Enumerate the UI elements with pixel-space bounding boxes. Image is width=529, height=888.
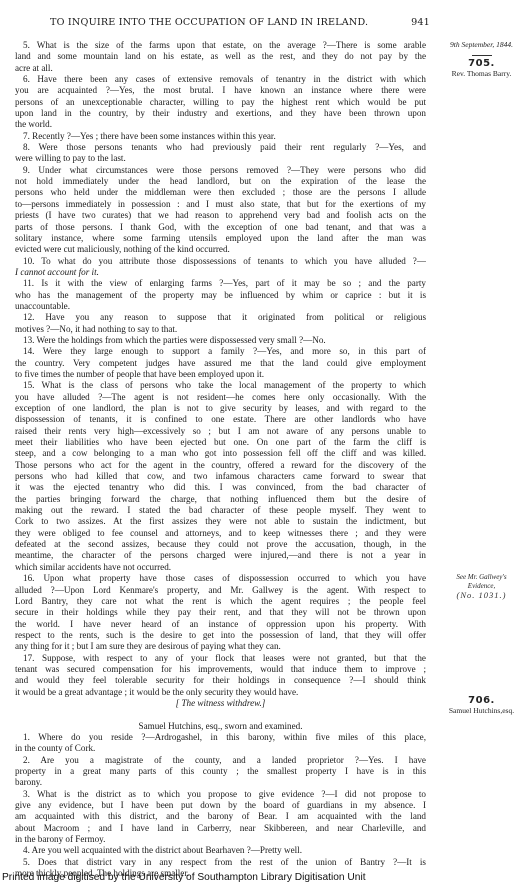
text-line: raised their rents very high—excessively…	[15, 426, 426, 437]
text-line: 13. Were the holdings from which the par…	[15, 335, 426, 346]
document-page: TO INQUIRE INTO THE OCCUPATION OF LAND I…	[0, 0, 529, 888]
running-title: TO INQUIRE INTO THE OCCUPATION OF LAND I…	[50, 17, 368, 28]
text-line: unaccountable.	[15, 301, 426, 312]
text-line: any thing for it ; but I am sure they ar…	[15, 641, 426, 652]
text-line: motives ?—No, it had nothing to say to t…	[15, 324, 426, 335]
text-line: I cannot account for it.	[15, 267, 426, 278]
text-line: 8. Were those persons tenants who had pr…	[15, 142, 426, 153]
text-line: meantime, the character of the persons c…	[15, 550, 426, 561]
text-line: 16. Upon what property have those cases …	[15, 573, 426, 584]
text-line: alluded ?—Upon Lord Kenmare's property, …	[15, 585, 426, 596]
hearing-date: 9th September, 1844.	[434, 40, 529, 49]
text-line: [ The witness withdrew.]	[15, 698, 426, 709]
text-line: were willing to pay to the last.	[15, 153, 426, 164]
text-line: in the county of Cork.	[15, 743, 426, 754]
text-line: solitary instance, where some farming ut…	[15, 233, 426, 244]
text-line: secure in their holdings while they pay …	[15, 607, 426, 618]
text-line: the world.	[15, 119, 426, 130]
text-line: exception of one landlord, the plan is n…	[15, 403, 426, 414]
body-text: 5. What is the size of the farms upon th…	[15, 40, 426, 879]
text-line: 5. What is the size of the farms upon th…	[15, 40, 426, 51]
text-line: evicted were cut maliciously, nothing of…	[15, 244, 426, 255]
text-line: 1. Where do you reside ?—Ardrogashel, in…	[15, 732, 426, 743]
text-line: 10. To what do you attribute those dispo…	[15, 256, 426, 267]
page-number: 941	[411, 17, 430, 28]
text-line: am acquainted with this district, and th…	[15, 811, 426, 822]
text-line: which similar accidents have not occurre…	[15, 562, 426, 573]
margin-witness-1: 9th September, 1844. 705. Rev. Thomas Ba…	[434, 40, 529, 78]
text-line: 7. Recently ?—Yes ; there have been some…	[15, 131, 426, 142]
witness-name: Rev. Thomas Barry.	[434, 69, 529, 78]
witness-number: 705.	[434, 58, 529, 69]
text-line: give any evidence, but I have been put d…	[15, 800, 426, 811]
text-line: Samuel Hutchins, esq., sworn and examine…	[15, 721, 426, 732]
text-line: priests (I have two curates) that we had…	[15, 210, 426, 221]
text-line: they were obliged to fee counsel and att…	[15, 528, 426, 539]
text-line: defeated at the second assizes, because …	[15, 539, 426, 550]
text-line: to—persons immediately in possession : a…	[15, 199, 426, 210]
text-line: 17. Suppose, with respect to any of your…	[15, 653, 426, 664]
text-line: dispossession of tenants, it is confined…	[15, 414, 426, 425]
text-line: 2. Are you a magistrate of the county, a…	[15, 755, 426, 766]
text-line: respect to the rents, such is the desire…	[15, 630, 426, 641]
text-line: 15. What is the class of persons who tak…	[15, 380, 426, 391]
text-line: you have alluded ?—The agent is not resi…	[15, 392, 426, 403]
text-line: 12. Have you any reason to suppose that …	[15, 312, 426, 323]
text-line: not hold immediately under the head land…	[15, 176, 426, 187]
text-line: acre at all.	[15, 63, 426, 74]
text-line: upon land in the country, by their indus…	[15, 108, 426, 119]
text-line: Lord Bantry, they care not what the rent…	[15, 596, 426, 607]
text-line: it would be a great advantage ; it would…	[15, 687, 426, 698]
text-line: Cork to two assizes. At the first assize…	[15, 516, 426, 527]
text-line: it was the ejected tenantry who did this…	[15, 482, 426, 493]
text-line: 6. Have there been any cases of extensiv…	[15, 74, 426, 85]
blank-line	[15, 709, 426, 720]
text-line: barony.	[15, 777, 426, 788]
margin-witness-2: 706. Samuel Hutchins,esq.	[434, 695, 529, 715]
text-line: property in a great many parts of this c…	[15, 766, 426, 777]
text-line: tenant was secured compensation for his …	[15, 664, 426, 675]
text-line: who has the management of the property m…	[15, 290, 426, 301]
margin-rule	[472, 55, 492, 56]
text-line: 14. Were they large enough to support a …	[15, 346, 426, 357]
text-line: you are acquainted ?—Yes, the most bruta…	[15, 85, 426, 96]
text-line: to five times the number of people that …	[15, 369, 426, 380]
text-line: 11. Is it with the view of enlarging far…	[15, 278, 426, 289]
text-line: 4. Are you well acquainted with the dist…	[15, 845, 426, 856]
cross-ref-line1: See Mr. Gallwey's	[434, 573, 529, 582]
text-line: the parties bringing forward the charge,…	[15, 494, 426, 505]
text-line: about Macroom ; and I have land in Carbe…	[15, 823, 426, 834]
text-line: meet their liabilities who have been eje…	[15, 437, 426, 448]
text-line: 3. What is the district as to which you …	[15, 789, 426, 800]
margin-cross-reference: See Mr. Gallwey's Evidence, (No. 1031.)	[434, 573, 529, 600]
text-line: the world. I have never heard of an inst…	[15, 619, 426, 630]
cross-ref-handwritten: (No. 1031.)	[434, 591, 529, 600]
text-line: land and some mountain land on his estat…	[15, 51, 426, 62]
text-line: steep, and a cow belonging to a man who …	[15, 448, 426, 459]
text-line: making out the reward. I stated the bad …	[15, 505, 426, 516]
text-line: and would they feel tolerable security f…	[15, 675, 426, 686]
witness-name: Samuel Hutchins,esq.	[434, 706, 529, 715]
text-line: persons of an unexceptionable character,…	[15, 97, 426, 108]
text-line: Those persons who act for the agent in t…	[15, 460, 426, 471]
running-header: TO INQUIRE INTO THE OCCUPATION OF LAND I…	[50, 17, 430, 28]
text-line: parts of those persons. I thank God, wit…	[15, 222, 426, 233]
text-line: 9. Under what circumstances were those p…	[15, 165, 426, 176]
text-line: in the barony of Fermoy.	[15, 834, 426, 845]
text-line: the country. Very competent judges have …	[15, 358, 426, 369]
text-line: 5. Does that district vary in any respec…	[15, 857, 426, 868]
text-line: persons who had killed that cow, and two…	[15, 471, 426, 482]
text-line: persons who held under the middleman wer…	[15, 187, 426, 198]
witness-number: 706.	[434, 695, 529, 706]
digitisation-credit: Printed image digitised by the Universit…	[2, 872, 366, 883]
